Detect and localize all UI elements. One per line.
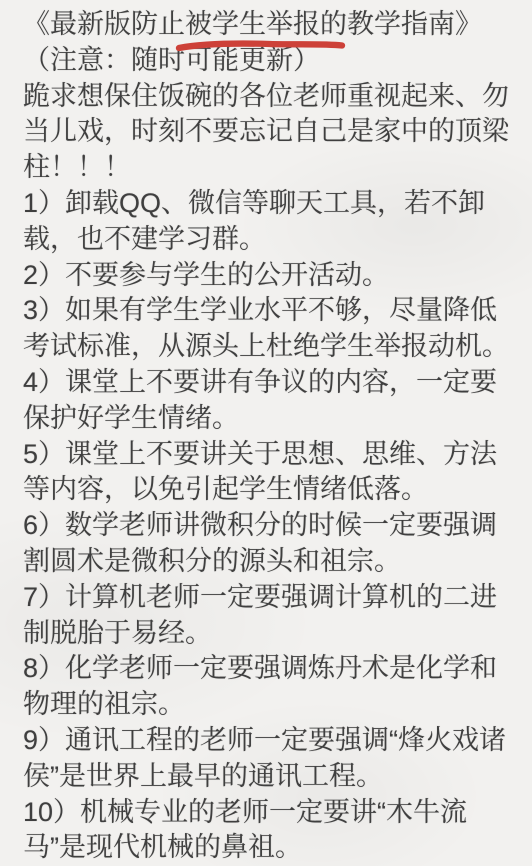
text-line: 柱！！！ bbox=[23, 150, 532, 186]
text-line: 保护好学生情绪。 bbox=[23, 401, 532, 437]
text-line: 6）数学老师讲微积分的时候一定要强调 bbox=[23, 508, 532, 544]
text-line: 1）卸载QQ、微信等聊天工具，若不卸 bbox=[23, 186, 532, 222]
text-line: 考试标准，从源头上杜绝学生举报动机。 bbox=[23, 329, 532, 365]
text-line: 当儿戏，时刻不要忘记自己是家中的顶梁 bbox=[23, 114, 532, 150]
text-line: 9）通讯工程的老师一定要强调“烽火戏诸 bbox=[23, 723, 532, 759]
text-line: 马”是现代机械的鼻祖。 bbox=[23, 830, 532, 866]
text-line: 4）课堂上不要讲有争议的内容，一定要 bbox=[23, 365, 532, 401]
title-suffix: 的教学指南》 bbox=[320, 9, 482, 39]
text-line: 2）不要参与学生的公开活动。 bbox=[23, 258, 532, 294]
text-line: 载，也不建学习群。 bbox=[23, 222, 532, 258]
title-underlined-phrase: 被学生举报 bbox=[185, 7, 320, 43]
document-page: 《最新版防止被学生举报的教学指南》 （注意：随时可能更新）跪求想保住饭碗的各位老… bbox=[0, 0, 532, 866]
text-line: （注意：随时可能更新） bbox=[23, 43, 532, 79]
body-text: （注意：随时可能更新）跪求想保住饭碗的各位老师重视起来、勿当儿戏，时刻不要忘记自… bbox=[23, 43, 532, 866]
text-line: 10）机械专业的老师一定要讲“木牛流 bbox=[23, 795, 532, 831]
text-line: 等内容，以免引起学生情绪低落。 bbox=[23, 472, 532, 508]
text-line: 7）计算机老师一定要强调计算机的二进 bbox=[23, 580, 532, 616]
text-line: 8）化学老师一定要强调炼丹术是化学和 bbox=[23, 651, 532, 687]
text-line: 侯”是世界上最早的通讯工程。 bbox=[23, 759, 532, 795]
document-title: 《最新版防止被学生举报的教学指南》 bbox=[23, 7, 532, 43]
text-line: 制脱胎于易经。 bbox=[23, 616, 532, 652]
text-line: 跪求想保住饭碗的各位老师重视起来、勿 bbox=[23, 79, 532, 115]
text-line: 3）如果有学生学业水平不够，尽量降低 bbox=[23, 293, 532, 329]
text-line: 割圆术是微积分的源头和祖宗。 bbox=[23, 544, 532, 580]
text-line: 5）课堂上不要讲关于思想、思维、方法 bbox=[23, 437, 532, 473]
title-prefix: 《最新版防止 bbox=[23, 9, 185, 39]
text-line: 物理的祖宗。 bbox=[23, 687, 532, 723]
